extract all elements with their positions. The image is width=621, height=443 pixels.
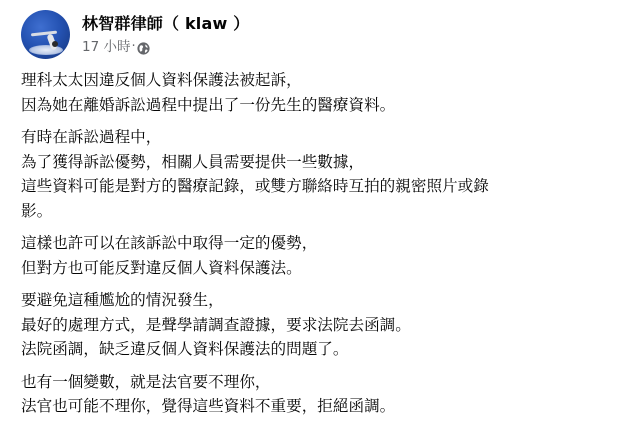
text-line: 法官也可能不理你，覺得這些資料不重要，拒絕函調。 [21,394,611,419]
text-line: 要避免這種尷尬的情況發生， [21,288,611,313]
text-line: 但對方也可能反對違反個人資料保護法。 [21,256,611,281]
post-meta: 林智群律師（ klaw ） 17 小時 · [82,13,249,56]
post-subline: 17 小時 · [82,38,249,56]
text-line: 法院函調，缺乏違反個人資料保護法的問題了。 [21,337,611,362]
paragraph-4: 要避免這種尷尬的情況發生， 最好的處理方式，是聲學請調查證據，要求法院去函調。 … [21,288,611,362]
paragraph-2: 有時在訴訟過程中， 為了獲得訴訟優勢，相關人員需要提供一些數據， 這些資料可能是… [21,125,611,223]
avatar-figure-arm [31,30,57,36]
text-line: 最好的處理方式，是聲學請調查證據，要求法院去函調。 [21,313,611,338]
separator-dot: · [131,39,135,54]
globe-icon[interactable] [137,40,150,53]
author-name-link[interactable]: 林智群律師（ klaw ） [82,13,249,35]
post-header: 林智群律師（ klaw ） 17 小時 · [21,8,249,60]
paragraph-3: 這樣也許可以在該訴訟中取得一定的優勢， 但對方也可能反對違反個人資料保護法。 [21,231,611,280]
author-avatar[interactable] [21,10,70,59]
text-line: 理科太太因違反個人資料保護法被起訴， [21,68,611,93]
avatar-figure-head [52,41,58,47]
paragraph-5: 也有一個變數，就是法官要不理你， 法官也可能不理你，覺得這些資料不重要，拒絕函調… [21,370,611,419]
facebook-post: 林智群律師（ klaw ） 17 小時 · 理科太太因違反個人資料保護法被起訴，… [0,0,621,443]
text-line: 為了獲得訴訟優勢，相關人員需要提供一些數據， [21,150,611,175]
text-line: 因為她在離婚訴訟過程中提出了一份先生的醫療資料。 [21,93,611,118]
post-timestamp-link[interactable]: 17 小時 [82,38,130,56]
avatar-cloud-decoration [29,45,63,55]
paragraph-1: 理科太太因違反個人資料保護法被起訴， 因為她在離婚訴訟過程中提出了一份先生的醫療… [21,68,611,117]
text-line: 這些資料可能是對方的醫療記錄，或雙方聯絡時互拍的親密照片或錄 [21,174,611,199]
text-line: 也有一個變數，就是法官要不理你， [21,370,611,395]
text-line: 有時在訴訟過程中， [21,125,611,150]
text-line: 這樣也許可以在該訴訟中取得一定的優勢， [21,231,611,256]
post-body-text: 理科太太因違反個人資料保護法被起訴， 因為她在離婚訴訟過程中提出了一份先生的醫療… [21,68,611,427]
text-line: 影。 [21,199,611,224]
